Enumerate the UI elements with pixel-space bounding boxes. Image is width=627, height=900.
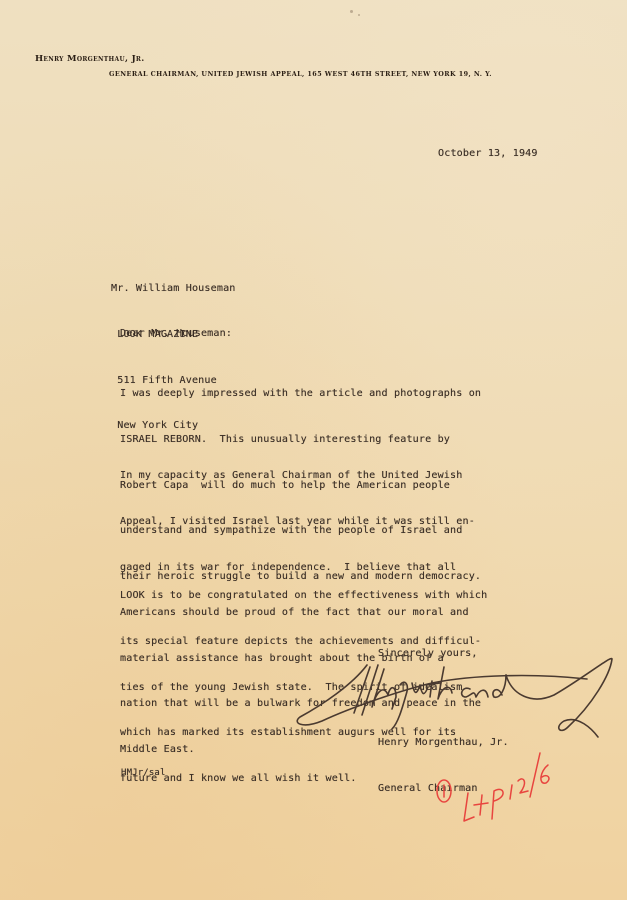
paragraph-line: Appeal, I visited Israel last year while… <box>120 514 481 529</box>
salutation: Dear Mr. Houseman: <box>120 326 232 341</box>
paragraph-line: ties of the young Jewish state. The spir… <box>120 680 487 695</box>
letter-date: October 13, 1949 <box>438 146 538 161</box>
closing: Sincerely yours, <box>378 646 478 661</box>
recipient-line: Mr. William Houseman <box>111 281 236 296</box>
handwritten-annotation <box>430 745 570 825</box>
paragraph-line: LOOK is to be congratulated on the effec… <box>120 588 487 603</box>
letterhead-name: Henry Morgenthau, Jr. <box>35 54 145 64</box>
paragraph-line: In my capacity as General Chairman of th… <box>120 468 481 483</box>
letterhead-address: General Chairman, United Jewish Appeal, … <box>109 70 492 78</box>
paragraph-line: I was deeply impressed with the article … <box>120 386 481 401</box>
paper-speck <box>350 10 353 13</box>
paper-speck <box>358 14 360 16</box>
typist-initials: HMJr/sal <box>121 766 166 781</box>
